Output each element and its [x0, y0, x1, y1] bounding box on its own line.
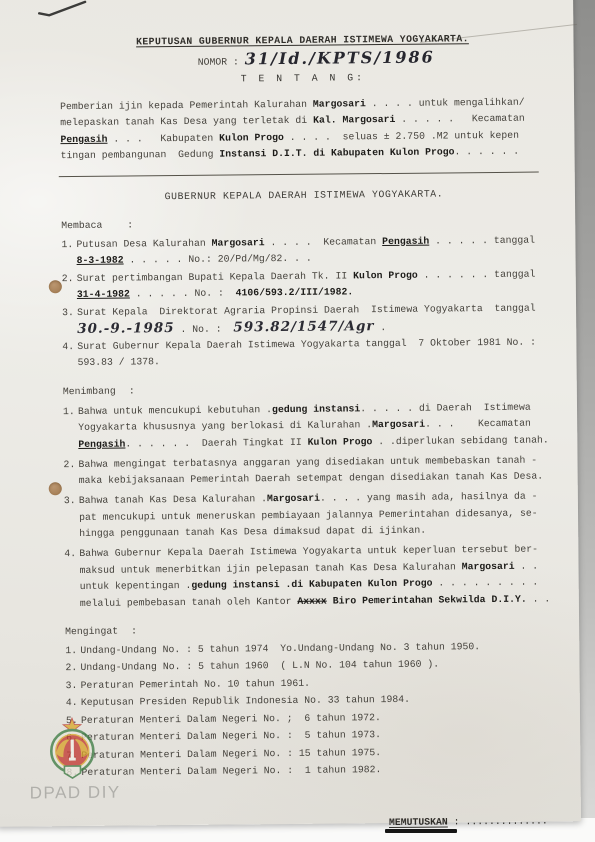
pen-mark — [33, 0, 93, 21]
text-line: tingan pembangunan Gedung Instansi D.I.T… — [61, 143, 547, 164]
governor-heading: GUBERNUR KEPALA DAERAH ISTIMEWA YOGYAKAR… — [61, 185, 547, 206]
mengingat-label: Mengingat: — [65, 619, 551, 640]
list-item: 1.Bahwa untuk mencukupi kebutuhan .gedun… — [63, 399, 549, 453]
punch-hole — [49, 482, 62, 495]
punch-hole — [49, 280, 62, 293]
item-number: 4. — [62, 338, 77, 371]
dpad-watermark: DPAD DIY — [29, 717, 121, 804]
item-number: 3. — [66, 677, 81, 694]
list-item: 4.Bahwa Gubernur Kepala Daerah Istimewa … — [64, 541, 551, 612]
nomor-handwritten-value: 31/Id./KPTS/1986 — [245, 47, 435, 68]
memutuskan-heading: MEMUTUSKAN : .............. — [389, 813, 553, 831]
diy-emblem-icon — [43, 717, 102, 782]
item-number: 2. — [63, 456, 78, 489]
item-number: 1. — [65, 642, 80, 659]
list-item: 2.Bahwa mengingat terbatasnya anggaran y… — [63, 452, 549, 490]
scanned-document-page: KEPUTUSAN GUBERNUR KEPALA DAERAH ISTIMEW… — [0, 0, 595, 842]
menimbang-label: Menimbang: — [63, 379, 549, 400]
text-line: maka kebijaksanaan Pemerintah Daerah set… — [79, 468, 550, 489]
list-item: 4.Surat Gubernur Kepala Daerah Istimewa … — [62, 334, 548, 372]
watermark-label: DPAD DIY — [30, 783, 121, 804]
item-number: 2. — [65, 660, 80, 677]
menimbang-list: 1.Bahwa untuk mencukupi kebutuhan .gedun… — [63, 399, 551, 612]
item-number: 1. — [61, 236, 76, 269]
list-item: 2.Surat pertimbangan Bupati Kepala Daera… — [62, 266, 548, 304]
membaca-list: 1.Putusan Desa Kalurahan Margosari . . .… — [61, 232, 548, 372]
membaca-label: Membaca: — [61, 213, 547, 234]
list-item: 3.Surat Kepala Direktorat Agraria Propin… — [62, 300, 548, 338]
nomor-label: NOMOR : — [198, 56, 245, 67]
tentang-heading: T E N T A N G: — [60, 68, 546, 89]
item-number: 4. — [64, 546, 80, 612]
item-number: 2. — [62, 270, 77, 303]
list-item: 3.Bahwa tanah Kas Desa Kalurahan .Margos… — [64, 488, 550, 542]
text-line: 593.83 / 1378. — [77, 350, 548, 371]
mengingat-list: 1.Undang-Undang No. : 5 tahun 1974 Yo.Un… — [65, 638, 552, 782]
document-body: KEPUTUSAN GUBERNUR KEPALA DAERAH ISTIMEW… — [59, 30, 553, 834]
list-item: 8.Peraturan Menteri Dalam Negeri No. : 1… — [66, 760, 552, 781]
text-line: Peraturan Menteri Dalam Negeri No. : 1 t… — [81, 760, 552, 781]
item-number: 1. — [63, 403, 78, 453]
item-number: 4. — [66, 695, 81, 712]
item-number: 3. — [62, 304, 77, 337]
list-item: 1.Putusan Desa Kalurahan Margosari . . .… — [61, 232, 547, 270]
preamble-paragraph: Pemberian ijin kepada Pemerintah Kalurah… — [60, 94, 547, 165]
text-line: hingga penggunaan tanah Kas Desa dimaksu… — [79, 521, 550, 542]
divider-rule — [59, 171, 539, 177]
item-number: 3. — [64, 493, 79, 543]
paper-sheet: KEPUTUSAN GUBERNUR KEPALA DAERAH ISTIMEW… — [0, 0, 581, 827]
